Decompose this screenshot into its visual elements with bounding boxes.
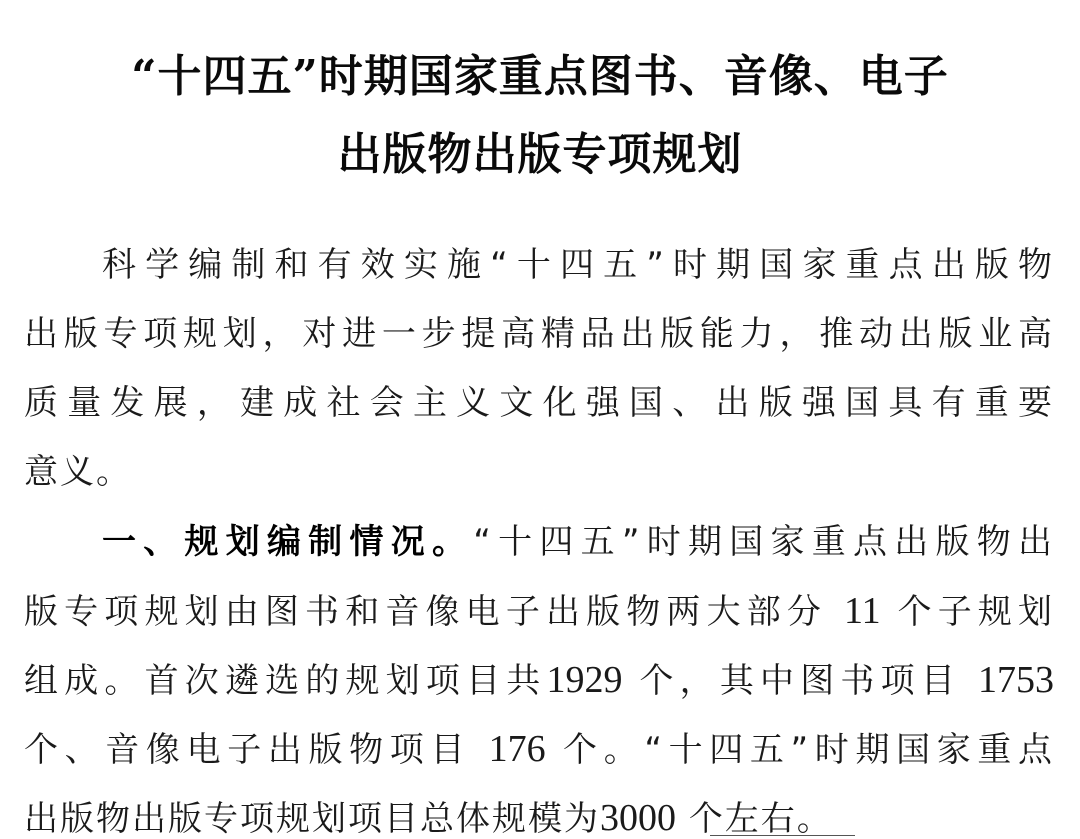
paragraph-line: 出版物出版专项规划项目总体规模为3000 个左右。 [24, 798, 1054, 839]
text-run: 出版物出版专项规划项目总体规模为 [24, 799, 600, 839]
text-run: 个，其中图书项目 [639, 661, 961, 701]
paragraph-line: 科学编制和有效实施“十四五”时期国家重点出版物 [102, 245, 1054, 285]
av-projects-count: 176 [489, 728, 546, 770]
paragraph-line: 组成。首次遴选的规划项目共1929 个，其中图书项目 1753 [24, 660, 1054, 701]
paragraph-line: 出版专项规划，对进一步提高精品出版能力，推动出版业高 [24, 314, 1054, 354]
paragraph-line: 意义。 [24, 452, 1054, 492]
underline-divider [710, 835, 855, 836]
text-run: 组成。首次遴选的规划项目共 [24, 661, 546, 701]
text-run: 版专项规划由图书和音像电子出版物两大部分 [24, 592, 827, 632]
overall-scale-count: 3000 [600, 797, 676, 839]
text-run: 个、音像电子出版物项目 [24, 730, 471, 770]
document-title-line-1: “十四五”时期国家重点图书、音像、电子 [0, 40, 1080, 104]
document-title-line-2: 出版物出版专项规划 [0, 118, 1080, 182]
text-run: 个子规划 [898, 592, 1054, 632]
total-projects-count: 1929 [546, 659, 622, 701]
paragraph-line: 一、规划编制情况。“十四五”时期国家重点出版物出 [102, 522, 1054, 562]
paragraph-line: 个、音像电子出版物项目 176 个。“十四五”时期国家重点 [24, 729, 1054, 770]
sub-plan-count: 11 [844, 590, 881, 632]
paragraph-line: 质量发展，建成社会主义文化强国、出版强国具有重要 [24, 383, 1054, 423]
paragraph-line: 版专项规划由图书和音像电子出版物两大部分 11 个子规划 [24, 591, 1054, 632]
section-heading: 一、规划编制情况。 [102, 522, 473, 562]
book-projects-count: 1753 [978, 659, 1054, 701]
text-run: 个左右。 [689, 799, 833, 839]
document-page: “十四五”时期国家重点图书、音像、电子 出版物出版专项规划 科学编制和有效实施“… [0, 0, 1080, 839]
text-run: “十四五”时期国家重点出版物出 [473, 522, 1054, 562]
text-run: 个。“十四五”时期国家重点 [563, 730, 1054, 770]
